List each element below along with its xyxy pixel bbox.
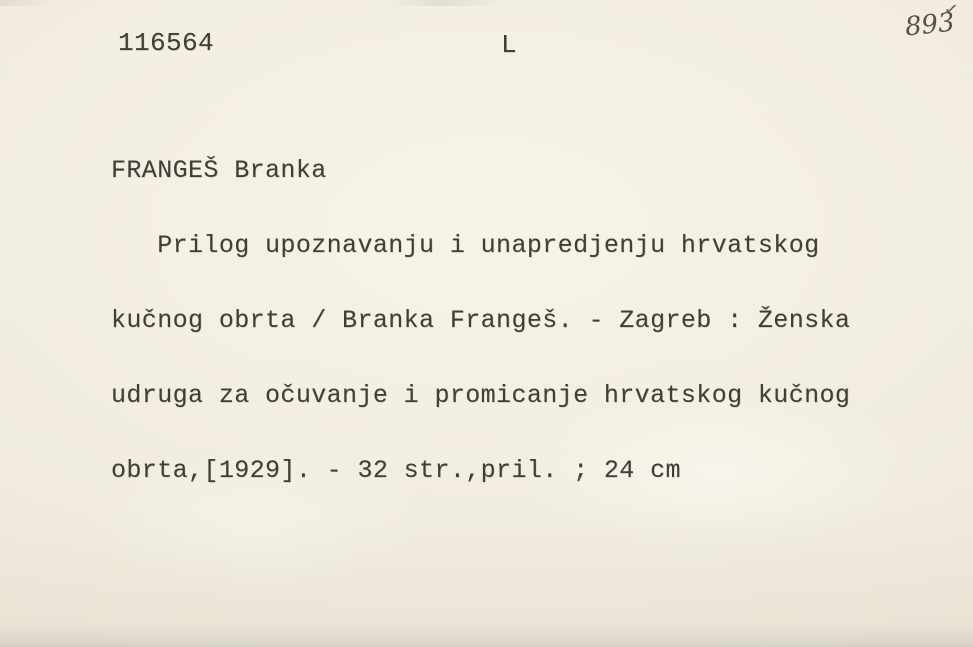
- bibliographic-entry: FRANGEŠ Branka Prilog upoznavanju i unap…: [111, 108, 850, 533]
- call-number: 116564: [118, 28, 214, 58]
- catalog-card: 116564 L 893 ✓ FRANGEŠ Branka Prilog upo…: [0, 0, 973, 647]
- entry-line: kučnog obrta / Branka Frangeš. - Zagreb …: [111, 308, 850, 333]
- checkmark-icon: ✓: [943, 0, 960, 21]
- entry-line: udruga za očuvanje i promicanje hrvatsko…: [111, 383, 850, 408]
- entry-author-heading: FRANGEŠ Branka: [111, 158, 850, 183]
- card-top-edge-shading: [0, 0, 973, 6]
- section-letter: L: [501, 30, 517, 60]
- entry-line: obrta,[1929]. - 32 str.,pril. ; 24 cm: [111, 458, 850, 483]
- entry-line: Prilog upoznavanju i unapredjenju hrvats…: [111, 233, 850, 258]
